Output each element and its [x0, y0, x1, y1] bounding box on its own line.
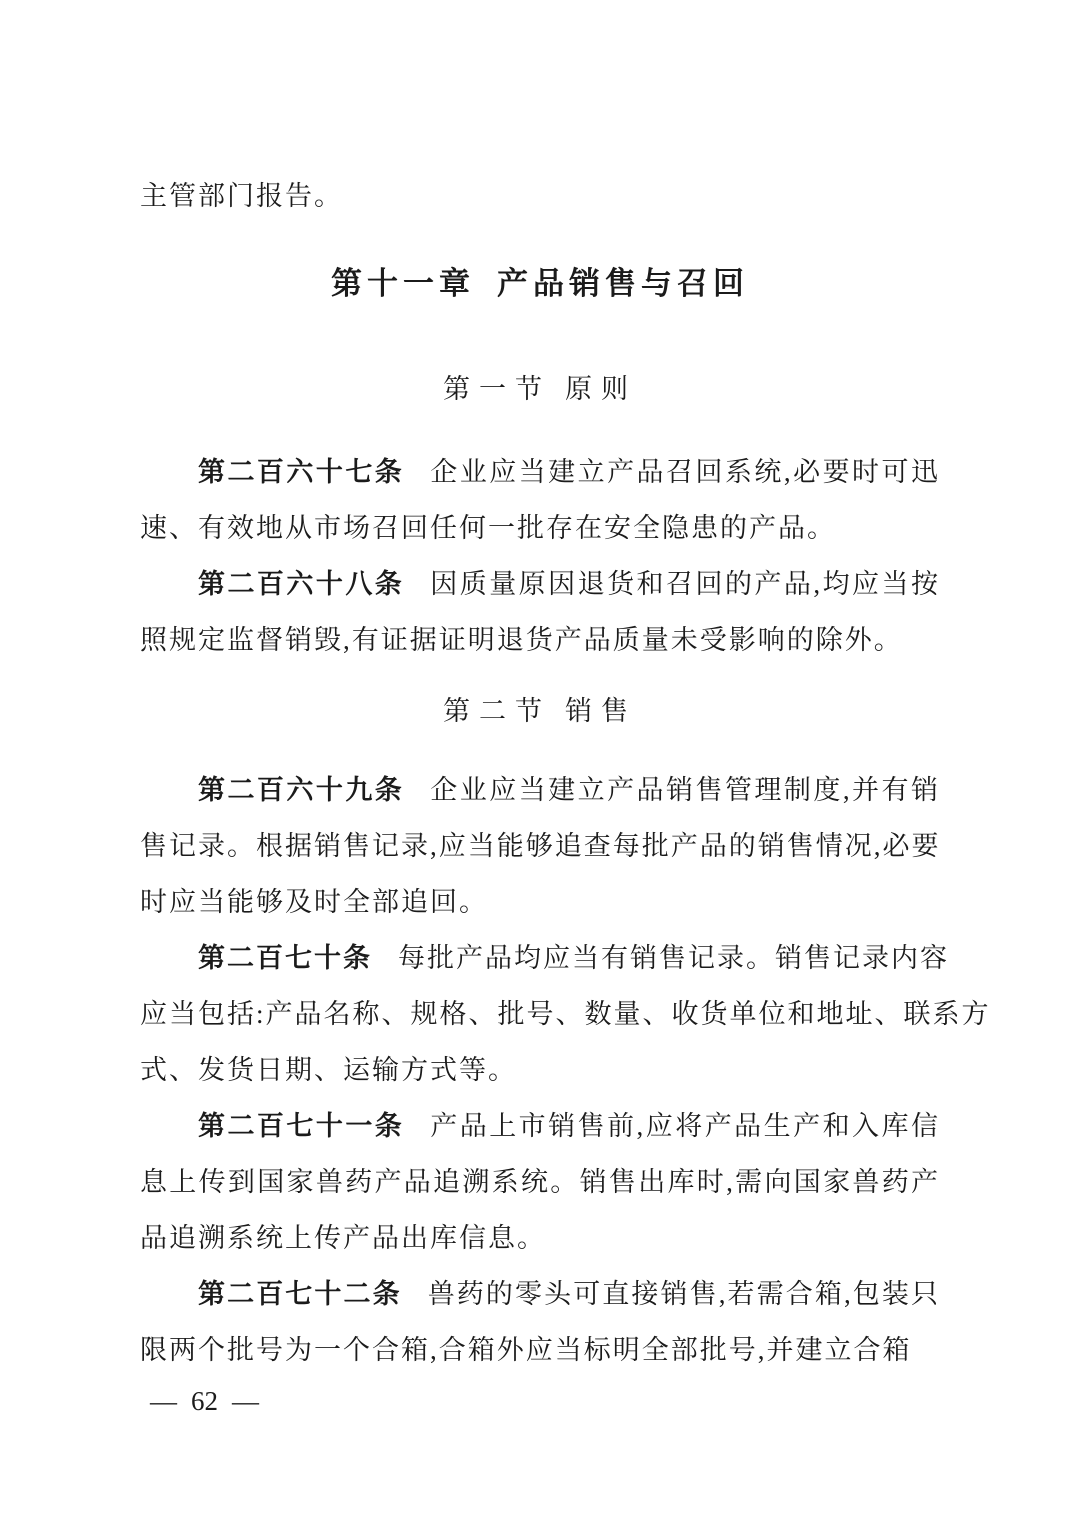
paragraph-line: 应当包括:产品名称、规格、批号、数量、收货单位和地址、联系方 — [140, 986, 940, 1042]
article-number: 第二百七十二条 — [198, 1279, 402, 1309]
section-heading-2: 第二节销售 — [140, 690, 940, 732]
section-number: 第二节 — [443, 696, 551, 726]
section-title: 销售 — [565, 696, 637, 726]
article-number: 第二百六十九条 — [198, 775, 404, 805]
document-page: 主管部门报告。 第十一章产品销售与召回 第一节原则 第二百六十七条企业应当建立产… — [0, 0, 1080, 1527]
paragraph-line: 售记录。根据销售记录,应当能够追查每批产品的销售情况,必要 — [140, 818, 940, 874]
article-text: 产品上市销售前,应将产品生产和入库信 — [430, 1111, 940, 1141]
paragraph-line: 式、发货日期、运输方式等。 — [140, 1042, 940, 1098]
article-272: 第二百七十二条兽药的零头可直接销售,若需合箱,包装只 限两个批号为一个合箱,合箱… — [140, 1266, 940, 1378]
article-271: 第二百七十一条产品上市销售前,应将产品生产和入库信 息上传到国家兽药产品追溯系统… — [140, 1098, 940, 1266]
paragraph-line: 第二百六十八条因质量原因退货和召回的产品,均应当按 — [140, 556, 940, 612]
paragraph-line: 第二百七十条每批产品均应当有销售记录。销售记录内容 — [140, 930, 940, 986]
article-269: 第二百六十九条企业应当建立产品销售管理制度,并有销 售记录。根据销售记录,应当能… — [140, 762, 940, 930]
paragraph-line: 速、有效地从市场召回任何一批存在安全隐患的产品。 — [140, 500, 940, 556]
article-text: 因质量原因退货和召回的产品,均应当按 — [430, 569, 940, 599]
article-number: 第二百六十七条 — [198, 457, 404, 487]
paragraph-line: 限两个批号为一个合箱,合箱外应当标明全部批号,并建立合箱 — [140, 1322, 940, 1378]
paragraph-line: 第二百六十七条企业应当建立产品召回系统,必要时可迅 — [140, 444, 940, 500]
paragraph-line: 第二百七十二条兽药的零头可直接销售,若需合箱,包装只 — [140, 1266, 940, 1322]
article-267: 第二百六十七条企业应当建立产品召回系统,必要时可迅 速、有效地从市场召回任何一批… — [140, 444, 940, 556]
article-number: 第二百七十一条 — [198, 1111, 404, 1141]
paragraph-line: 息上传到国家兽药产品追溯系统。销售出库时,需向国家兽药产 — [140, 1154, 940, 1210]
page-footer: —62— — [140, 1386, 940, 1416]
article-number: 第二百六十八条 — [198, 569, 404, 599]
article-text: 企业应当建立产品召回系统,必要时可迅 — [430, 457, 940, 487]
section-title: 原则 — [565, 374, 637, 404]
chapter-number: 第十一章 — [331, 266, 475, 301]
article-number: 第二百七十条 — [198, 943, 372, 973]
paragraph-line: 时应当能够及时全部追回。 — [140, 874, 940, 930]
footer-dash-left: — — [150, 1386, 177, 1416]
paragraph-line: 照规定监督销毁,有证据证明退货产品质量未受影响的除外。 — [140, 612, 940, 668]
article-text: 兽药的零头可直接销售,若需合箱,包装只 — [428, 1279, 940, 1309]
paragraph-line: 品追溯系统上传产品出库信息。 — [140, 1210, 940, 1266]
section-number: 第一节 — [443, 374, 551, 404]
paragraph-line: 第二百六十九条企业应当建立产品销售管理制度,并有销 — [140, 762, 940, 818]
footer-dash-right: — — [232, 1386, 259, 1416]
article-text: 每批产品均应当有销售记录。销售记录内容 — [398, 943, 949, 973]
article-270: 第二百七十条每批产品均应当有销售记录。销售记录内容 应当包括:产品名称、规格、批… — [140, 930, 940, 1098]
intro-line: 主管部门报告。 — [140, 168, 940, 224]
section-heading-1: 第一节原则 — [140, 368, 940, 410]
article-text: 企业应当建立产品销售管理制度,并有销 — [430, 775, 940, 805]
page-number: 62 — [191, 1386, 218, 1416]
paragraph-line: 第二百七十一条产品上市销售前,应将产品生产和入库信 — [140, 1098, 940, 1154]
chapter-title: 产品销售与召回 — [497, 266, 749, 301]
chapter-heading: 第十一章产品销售与召回 — [140, 262, 940, 306]
article-268: 第二百六十八条因质量原因退货和召回的产品,均应当按 照规定监督销毁,有证据证明退… — [140, 556, 940, 668]
